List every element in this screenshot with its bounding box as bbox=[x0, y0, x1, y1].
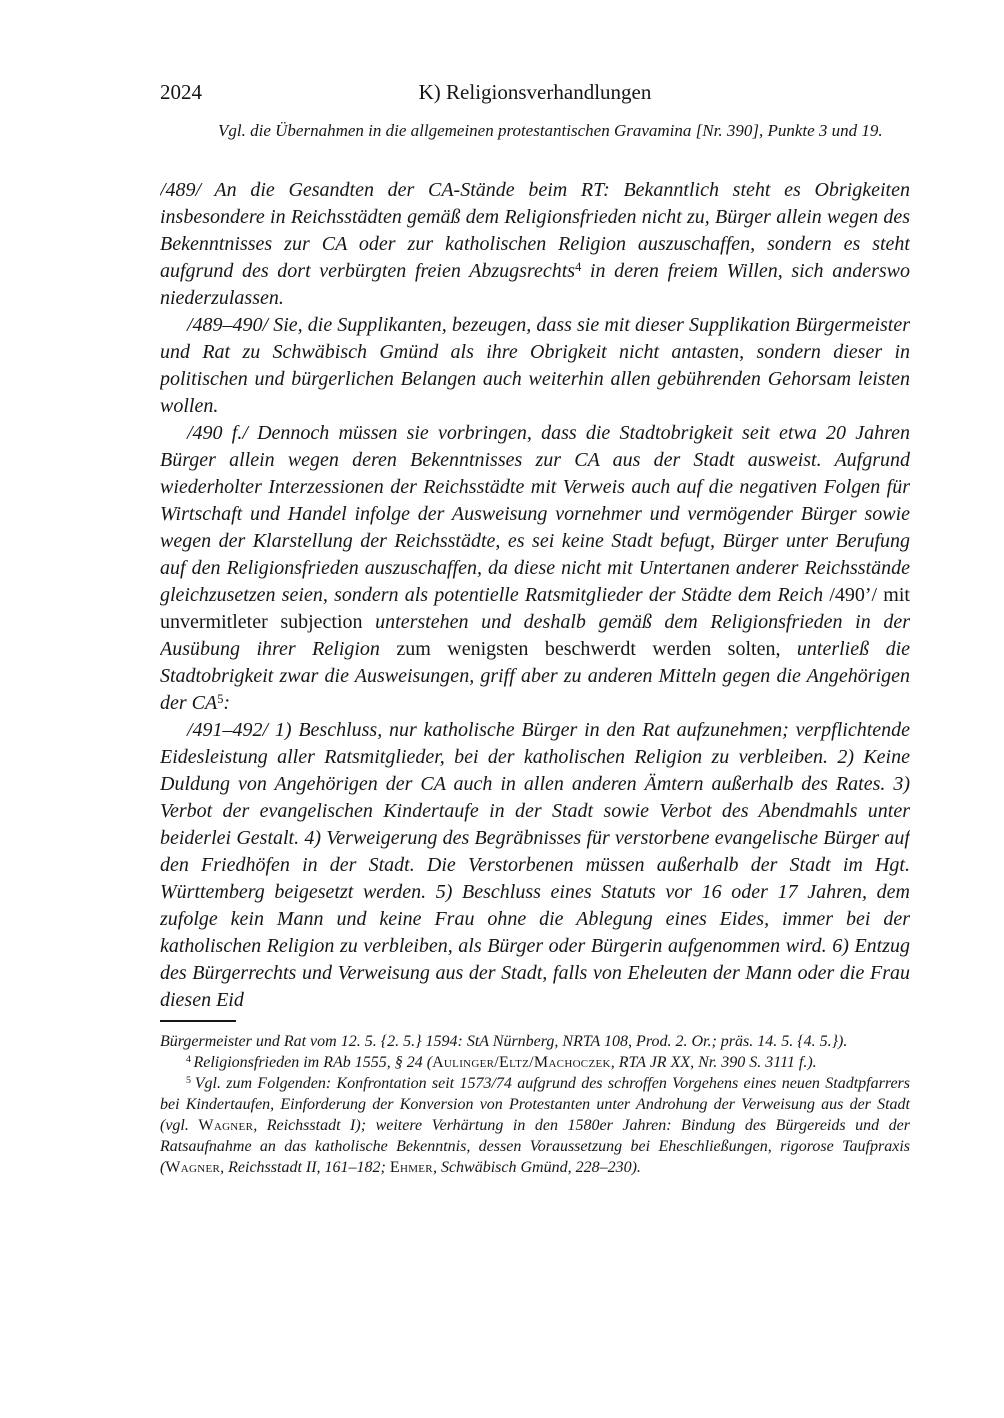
text-segment: zum wenigsten beschwerdt werden solten, bbox=[396, 638, 797, 660]
page-header: 2024 K) Religionsverhandlungen bbox=[160, 80, 910, 106]
text-segment: , RTA JR XX, Nr. 390 S. 3111 f.). bbox=[611, 1054, 817, 1071]
text-segment: Ehmer bbox=[390, 1159, 433, 1176]
footnote-item: Bürgermeister und Rat vom 12. 5. {2. 5.}… bbox=[160, 1031, 910, 1052]
footnote-separator-rule bbox=[160, 1020, 236, 1022]
body-paragraph: /491–492/ 1) Beschluss, nur katholische … bbox=[160, 717, 910, 1014]
text-segment: /490 f./ Dennoch müssen sie vorbringen, … bbox=[160, 422, 910, 606]
text-segment: Bürgermeister und Rat vom 12. 5. {2. 5.}… bbox=[160, 1033, 847, 1050]
running-head: K) Religionsverhandlungen bbox=[160, 80, 910, 105]
text-segment: Wagner bbox=[165, 1159, 220, 1176]
text-segment: 5 bbox=[217, 692, 223, 706]
text-segment: /489–490/ Sie, die Supplikanten, bezeuge… bbox=[160, 314, 910, 417]
text-segment: : bbox=[223, 692, 230, 714]
text-segment: Religionsfrieden im RAb 1555, § 24 ( bbox=[193, 1054, 432, 1071]
text-segment: Wagner bbox=[198, 1117, 253, 1134]
text-segment: , Reichsstadt II, 161–182; bbox=[220, 1159, 390, 1176]
main-text-block: /489/ An die Gesandten der CA-Stände bei… bbox=[160, 177, 910, 1014]
footnote-block: Bürgermeister und Rat vom 12. 5. {2. 5.}… bbox=[160, 1020, 910, 1178]
footnote-marker: 5 bbox=[186, 1075, 195, 1086]
text-segment: , Schwäbisch Gmünd, 228–230). bbox=[433, 1159, 641, 1176]
body-paragraph: /490 f./ Dennoch müssen sie vorbringen, … bbox=[160, 420, 910, 717]
text-segment: Aulinger/Eltz/Machoczek bbox=[432, 1054, 611, 1071]
footnote-list: Bürgermeister und Rat vom 12. 5. {2. 5.}… bbox=[160, 1031, 910, 1178]
text-segment: /491–492/ 1) Beschluss, nur katholische … bbox=[160, 719, 910, 1011]
body-paragraph: /489/ An die Gesandten der CA-Stände bei… bbox=[160, 177, 910, 312]
footnote-item: 4 Religionsfrieden im RAb 1555, § 24 (Au… bbox=[160, 1052, 910, 1073]
book-page: 2024 K) Religionsverhandlungen Vgl. die … bbox=[0, 0, 1004, 1418]
intro-note: Vgl. die Übernahmen in die allgemeinen p… bbox=[218, 120, 910, 142]
footnote-item: 5 Vgl. zum Folgenden: Konfrontation seit… bbox=[160, 1073, 910, 1178]
body-paragraph: /489–490/ Sie, die Supplikanten, bezeuge… bbox=[160, 312, 910, 420]
text-segment: 4 bbox=[575, 260, 581, 274]
footnote-marker: 4 bbox=[186, 1054, 193, 1065]
